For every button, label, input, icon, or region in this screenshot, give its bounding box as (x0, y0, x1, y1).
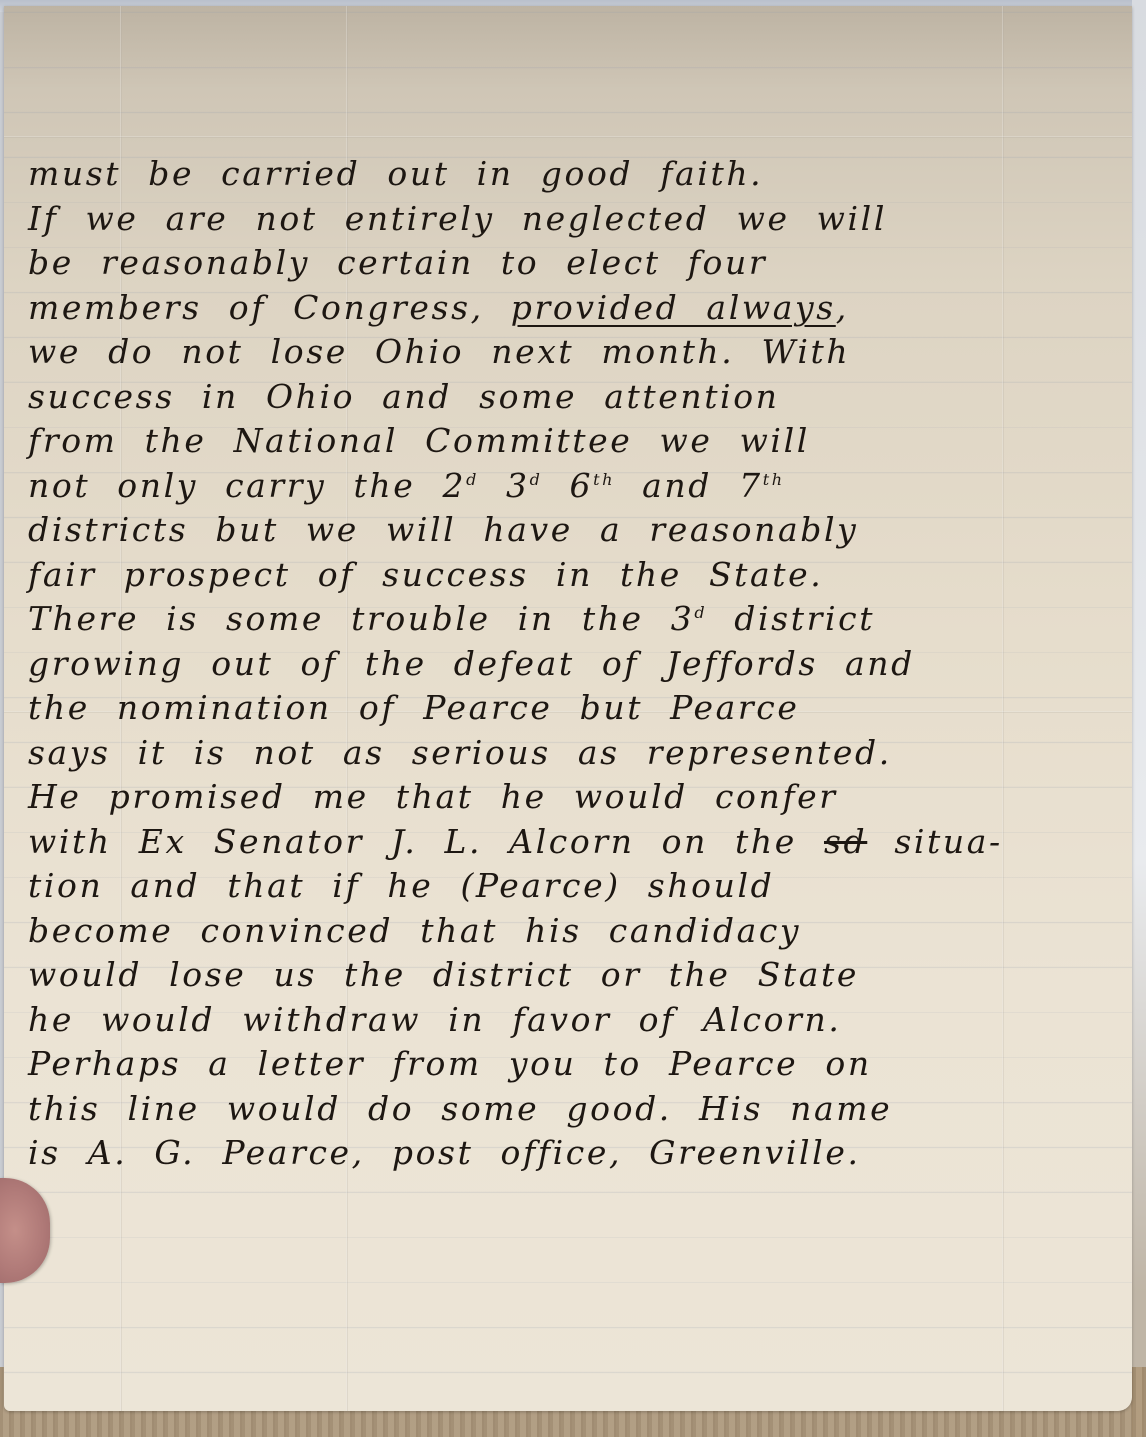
text-span: 3 (479, 466, 530, 505)
background-right (1132, 0, 1146, 1437)
text-line: from the National Committee we will (28, 419, 1118, 464)
text-span: not only carry the 2 (28, 466, 466, 505)
struck-word: sd (824, 822, 867, 861)
text-line: If we are not entirely neglected we will (28, 197, 1118, 242)
text-span: district (707, 599, 875, 638)
text-line: districts but we will have a reasonably (28, 508, 1118, 553)
ordinal-suffix: th (763, 470, 785, 489)
text-line: fair prospect of success in the State. (28, 553, 1118, 598)
text-span: situa- (867, 822, 1003, 861)
ordinal-suffix: d (694, 603, 707, 622)
text-line: must be carried out in good faith. (28, 152, 1118, 197)
text-span: , (836, 288, 849, 327)
text-line: with Ex Senator J. L. Alcorn on the sd s… (28, 820, 1118, 865)
text-line: would lose us the district or the State (28, 953, 1118, 998)
text-line: Perhaps a letter from you to Pearce on (28, 1042, 1118, 1087)
text-span: and 7 (615, 466, 763, 505)
text-span: There is some trouble in the 3 (28, 599, 694, 638)
text-span: with Ex Senator J. L. Alcorn on the (28, 822, 824, 861)
ordinal-suffix: d (530, 470, 543, 489)
text-line: He promised me that he would confer (28, 775, 1118, 820)
text-line: tion and that if he (Pearce) should (28, 864, 1118, 909)
text-line: be reasonably certain to elect four (28, 241, 1118, 286)
text-span: members of Congress, (28, 288, 511, 327)
underlined-phrase: provided always (511, 288, 836, 327)
text-line: success in Ohio and some attention (28, 375, 1118, 420)
text-line: the nomination of Pearce but Pearce (28, 686, 1118, 731)
ordinal-suffix: th (593, 470, 615, 489)
handwritten-text: must be carried out in good faith. If we… (28, 152, 1118, 1176)
text-line: members of Congress, provided always, (28, 286, 1118, 331)
ordinal-suffix: d (466, 470, 479, 489)
text-line: he would withdraw in favor of Alcorn. (28, 998, 1118, 1043)
text-line: is A. G. Pearce, post office, Greenville… (28, 1131, 1118, 1176)
text-line: says it is not as serious as represented… (28, 731, 1118, 776)
text-line: this line would do some good. His name (28, 1087, 1118, 1132)
text-span: 6 (542, 466, 593, 505)
text-line: not only carry the 2d 3d 6th and 7th (28, 464, 1118, 509)
text-line: we do not lose Ohio next month. With (28, 330, 1118, 375)
fold-crease-horizontal (4, 136, 1132, 138)
text-line: growing out of the defeat of Jeffords an… (28, 642, 1118, 687)
text-line: There is some trouble in the 3d district (28, 597, 1118, 642)
text-line: become convinced that his candidacy (28, 909, 1118, 954)
